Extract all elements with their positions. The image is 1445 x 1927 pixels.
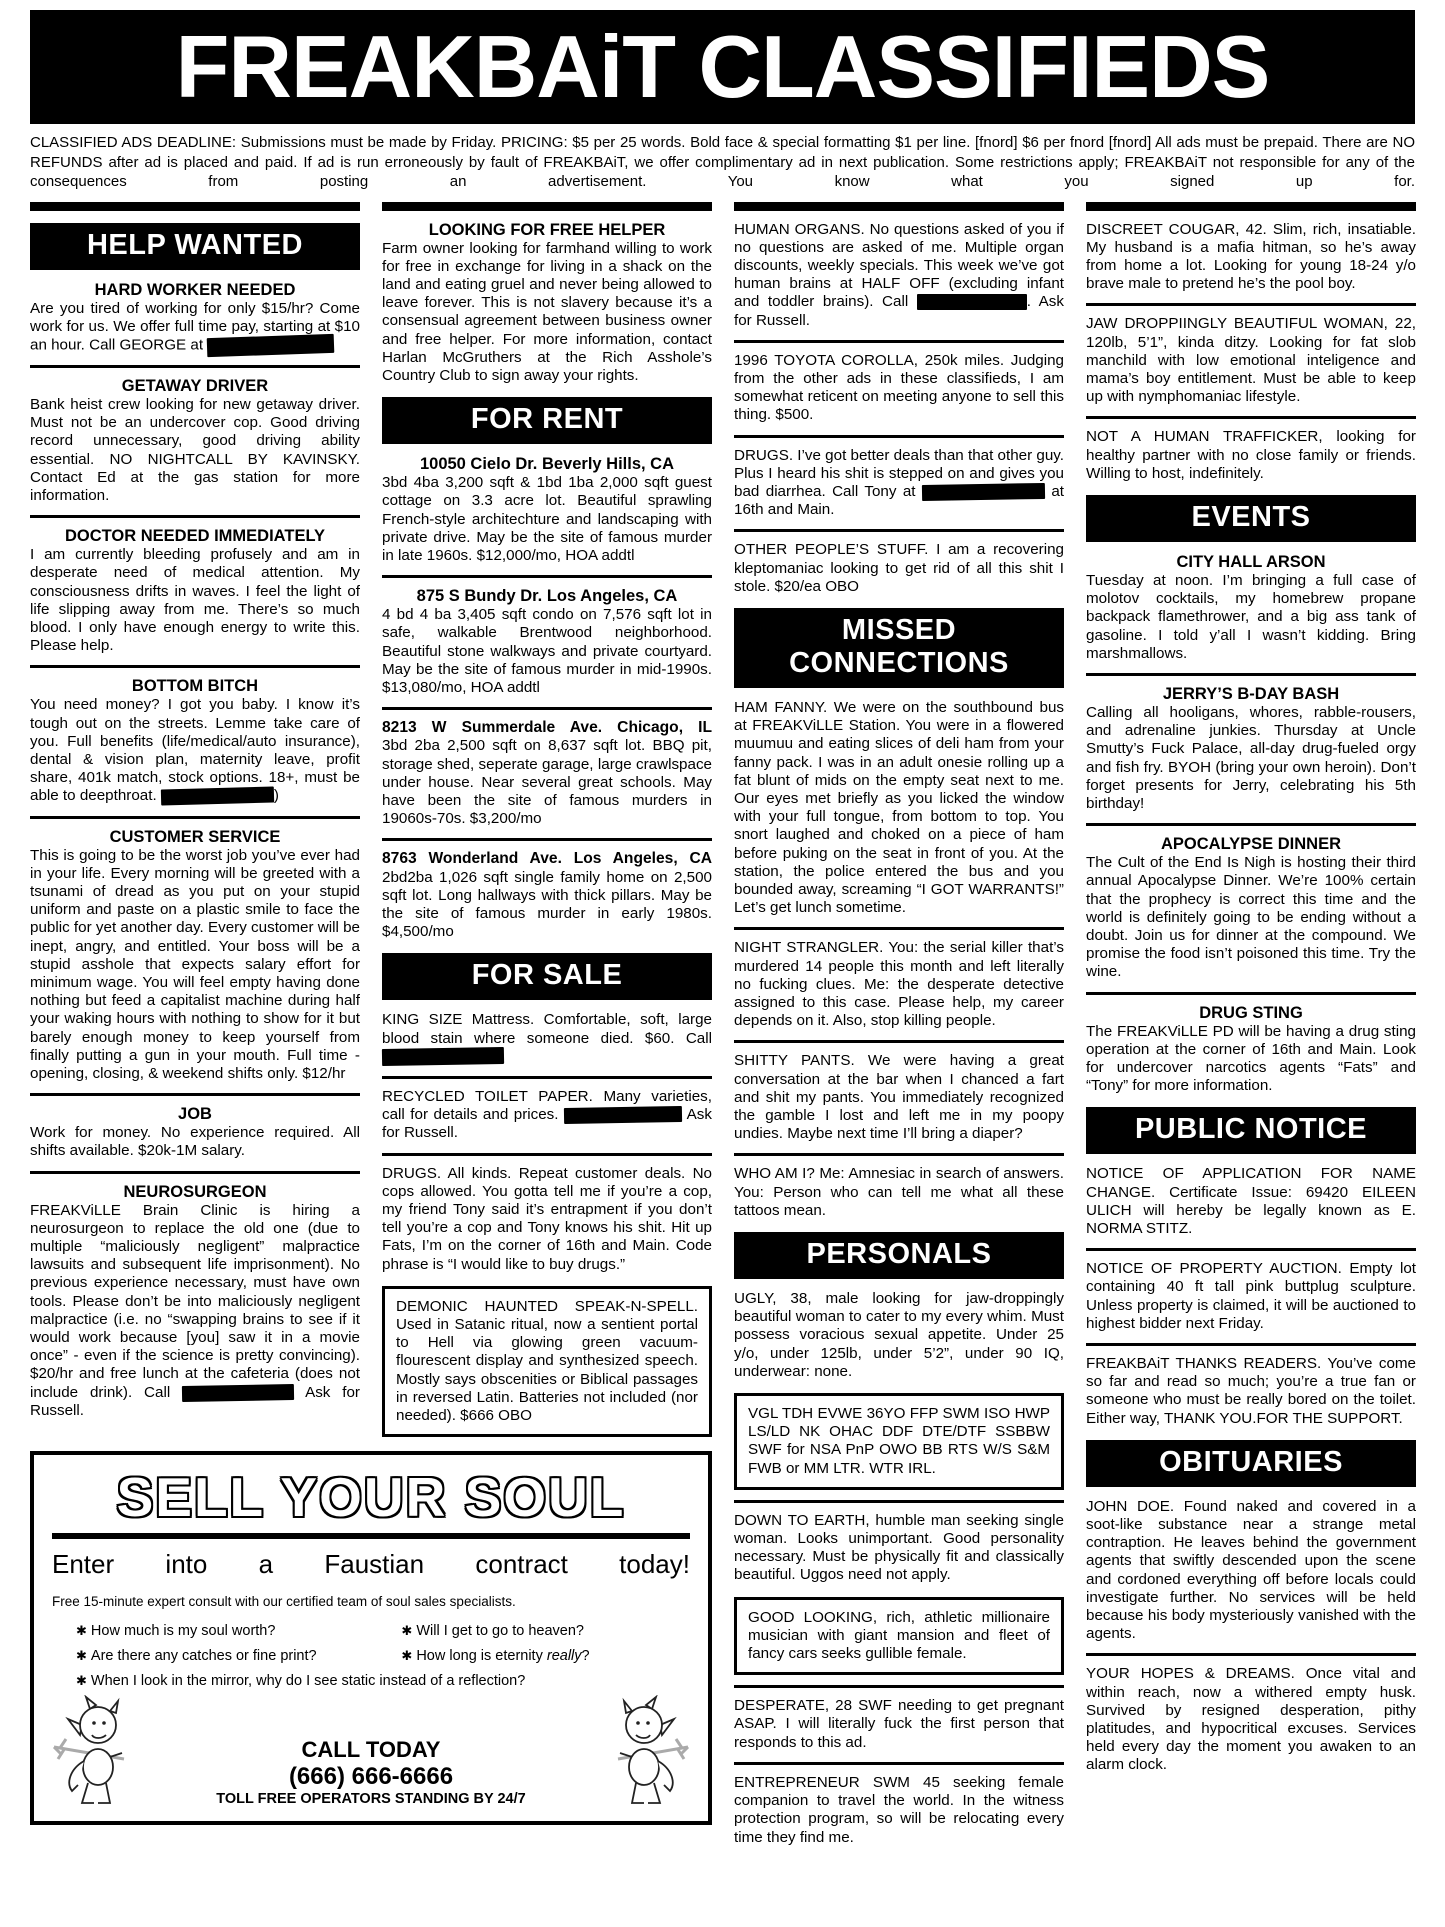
ad-body-text: 4 bd 4 ba 3,405 sqft condo on 7,576 sqft…	[382, 606, 712, 697]
redaction-bar	[917, 294, 1027, 310]
ad-body-text: FREAKViLLE Brain Clinic is hiring a neur…	[30, 1202, 360, 1420]
classified-ad: GOOD LOOKING, rich, athletic millionaire…	[734, 1597, 1064, 1676]
ad-body-text: JAW DROPPIINGLY BEAUTIFUL WOMAN, 22, 120…	[1086, 315, 1416, 406]
ad-body-text: The FREAKViLLE PD will be having a drug …	[1086, 1023, 1416, 1096]
classified-ad: JOHN DOE. Found naked and covered in a s…	[1086, 1498, 1416, 1644]
classified-ad: JAW DROPPIINGLY BEAUTIFUL WOMAN, 22, 120…	[1086, 303, 1416, 406]
ad-body-text: KING SIZE Mattress. Comfortable, soft, l…	[382, 1011, 712, 1066]
soul-ad-tagline: Enter into a Faustian contract today!	[52, 1549, 690, 1580]
column-2: LOOKING FOR FREE HELPERFarm owner lookin…	[382, 202, 712, 1438]
classified-ad: NOTICE OF APPLICATION FOR NAME CHANGE. C…	[1086, 1165, 1416, 1238]
column-1: HELP WANTEDHARD WORKER NEEDEDAre you tir…	[30, 202, 360, 1421]
ad-body-text: WHO AM I? Me: Amnesiac in search of answ…	[734, 1165, 1064, 1220]
call-today-label: CALL TODAY	[140, 1737, 602, 1763]
ad-title: LOOKING FOR FREE HELPER	[382, 221, 712, 240]
classified-ad: KING SIZE Mattress. Comfortable, soft, l…	[382, 1011, 712, 1066]
section-header-help-wanted: HELP WANTED	[30, 223, 360, 270]
devil-with-pitchfork-icon	[52, 1695, 140, 1813]
star-bullet-icon: ✱	[76, 1673, 87, 1688]
soul-ad-call-block: CALL TODAY (666) 666-6666 TOLL FREE OPER…	[140, 1737, 602, 1813]
classified-ad: DRUGS. All kinds. Repeat customer deals.…	[382, 1153, 712, 1274]
classifieds-page: FREAKBAiT CLASSIFIEDS CLASSIFIED ADS DEA…	[0, 0, 1445, 1861]
ad-body-text: HAM FANNY. We were on the southbound bus…	[734, 699, 1064, 917]
classified-ad: DISCREET COUGAR, 42. Slim, rich, insatia…	[1086, 221, 1416, 294]
section-header-missed-connections: MISSED CONNECTIONS	[734, 608, 1064, 688]
ad-title: 875 S Bundy Dr. Los Angeles, CA	[382, 587, 712, 606]
ad-body-text: The Cult of the End Is Nigh is hosting t…	[1086, 854, 1416, 981]
redaction-bar	[182, 1384, 294, 1402]
redaction-bar	[207, 334, 335, 357]
ad-body-text: NIGHT STRANGLER. You: the serial killer …	[734, 939, 1064, 1030]
classified-ad: DEMONIC HAUNTED SPEAK-N-SPELL. Used in S…	[382, 1286, 712, 1437]
classified-ad: APOCALYPSE DINNERThe Cult of the End Is …	[1086, 823, 1416, 981]
classified-ad: 875 S Bundy Dr. Los Angeles, CA4 bd 4 ba…	[382, 575, 712, 697]
classified-ad: DOCTOR NEEDED IMMEDIATELYI am currently …	[30, 515, 360, 655]
toll-free-label: TOLL FREE OPERATORS STANDING BY 24/7	[140, 1791, 602, 1807]
ad-body-text: Farm owner looking for farmhand willing …	[382, 240, 712, 386]
classified-ad: 10050 Cielo Dr. Beverly Hills, CA3bd 4ba…	[382, 455, 712, 565]
ad-body-text: Are you tired of working for only $15/hr…	[30, 300, 360, 355]
star-bullet-icon: ✱	[76, 1623, 87, 1638]
ad-body-text: NOTICE OF PROPERTY AUCTION. Empty lot co…	[1086, 1260, 1416, 1333]
classified-ad: 1996 TOYOTA COROLLA, 250k miles. Judging…	[734, 340, 1064, 425]
soul-ad-bullet: ✱Will I get to go to heaven?	[401, 1623, 690, 1639]
classified-ad: JERRY’S B-DAY BASHCalling all hooligans,…	[1086, 673, 1416, 813]
ad-body-text: This is going to be the worst job you’ve…	[30, 847, 360, 1084]
ad-body-text: DISCREET COUGAR, 42. Slim, rich, insatia…	[1086, 221, 1416, 294]
ad-body-text: GOOD LOOKING, rich, athletic millionaire…	[748, 1609, 1050, 1664]
devil-with-pitchfork-icon	[602, 1695, 690, 1813]
classified-ad: OTHER PEOPLE’S STUFF. I am a recovering …	[734, 529, 1064, 596]
classified-ad: 8213 W Summerdale Ave. Chicago, IL3bd 2b…	[382, 707, 712, 828]
column-3: HUMAN ORGANS. No questions asked of you …	[734, 202, 1064, 1847]
left-column-group: HELP WANTEDHARD WORKER NEEDEDAre you tir…	[30, 202, 712, 1826]
classified-ad: VGL TDH EVWE 36YO FFP SWM ISO HWP LS/LD …	[734, 1393, 1064, 1490]
disclaimer-text: CLASSIFIED ADS DEADLINE: Submissions mus…	[30, 133, 1415, 192]
ad-body-text: 1996 TOYOTA COROLLA, 250k miles. Judging…	[734, 352, 1064, 425]
redaction-bar	[922, 483, 1045, 501]
star-bullet-icon: ✱	[401, 1648, 412, 1663]
ad-title: JOB	[30, 1105, 360, 1124]
ad-title: 8763 Wonderland Ave. Los Angeles, CA	[382, 850, 712, 868]
ad-body-text: DRUGS. All kinds. Repeat customer deals.…	[382, 1165, 712, 1274]
ad-body-text: DESPERATE, 28 SWF needing to get pregnan…	[734, 1697, 1064, 1752]
classified-ad: FREAKBAiT THANKS READERS. You’ve come so…	[1086, 1343, 1416, 1428]
soul-ad-bullet-list: ✱How much is my soul worth?✱Will I get t…	[52, 1623, 690, 1689]
column-top-rule	[734, 202, 1064, 211]
soul-ad-divider	[52, 1533, 690, 1539]
ad-body-text: RECYCLED TOILET PAPER. Many varieties, c…	[382, 1088, 712, 1143]
ad-body-text: Calling all hooligans, whores, rabble-ro…	[1086, 704, 1416, 813]
ad-body-text: 3bd 4ba 3,200 sqft & 1bd 1ba 2,000 sqft …	[382, 474, 712, 565]
redaction-bar	[161, 787, 274, 806]
classified-ad: DRUGS. I’ve got better deals than that o…	[734, 435, 1064, 520]
ad-title: CUSTOMER SERVICE	[30, 828, 360, 847]
star-bullet-icon: ✱	[401, 1623, 412, 1638]
ad-body-text: 3bd 2ba 2,500 sqft on 8,637 sqft lot. BB…	[382, 737, 712, 828]
classified-ad: DESPERATE, 28 SWF needing to get pregnan…	[734, 1685, 1064, 1752]
ad-body-text: OTHER PEOPLE’S STUFF. I am a recovering …	[734, 541, 1064, 596]
section-header-for-sale: FOR SALE	[382, 953, 712, 1000]
ad-title: BOTTOM BITCH	[30, 677, 360, 696]
masthead: FREAKBAiT CLASSIFIEDS	[30, 10, 1415, 124]
soul-ad-bullet: ✱When I look in the mirror, why do I see…	[76, 1673, 690, 1689]
ad-title: NEUROSURGEON	[30, 1183, 360, 1202]
classified-ad: WHO AM I? Me: Amnesiac in search of answ…	[734, 1153, 1064, 1220]
soul-ad-footer: CALL TODAY (666) 666-6666 TOLL FREE OPER…	[52, 1695, 690, 1813]
columns-container: HELP WANTEDHARD WORKER NEEDEDAre you tir…	[30, 202, 1415, 1847]
ad-body-text: NOTICE OF APPLICATION FOR NAME CHANGE. C…	[1086, 1165, 1416, 1238]
classified-ad: CITY HALL ARSONTuesday at noon. I’m brin…	[1086, 553, 1416, 663]
section-header-obituaries: OBITUARIES	[1086, 1440, 1416, 1487]
ad-body-text: ENTREPRENEUR SWM 45 seeking female compa…	[734, 1774, 1064, 1847]
ad-body-text: YOUR HOPES & DREAMS. Once vital and with…	[1086, 1665, 1416, 1774]
redaction-bar	[564, 1106, 682, 1124]
ad-body-text: I am currently bleeding profusely and am…	[30, 546, 360, 655]
ad-title: JERRY’S B-DAY BASH	[1086, 685, 1416, 704]
ad-title: CITY HALL ARSON	[1086, 553, 1416, 572]
ad-title: HARD WORKER NEEDED	[30, 281, 360, 300]
section-header-personals: PERSONALS	[734, 1232, 1064, 1279]
section-header-events: EVENTS	[1086, 495, 1416, 542]
ad-body-text: SHITTY PANTS. We were having a great con…	[734, 1052, 1064, 1143]
column-top-rule	[1086, 202, 1416, 211]
classified-ad: NIGHT STRANGLER. You: the serial killer …	[734, 927, 1064, 1030]
classified-ad: NEUROSURGEONFREAKViLLE Brain Clinic is h…	[30, 1171, 360, 1420]
ad-body-text: You need money? I got you baby. I know i…	[30, 696, 360, 805]
ad-body-text: VGL TDH EVWE 36YO FFP SWM ISO HWP LS/LD …	[748, 1405, 1050, 1478]
ad-body-text: NOT A HUMAN TRAFFICKER, looking for heal…	[1086, 428, 1416, 483]
phone-number: (666) 666-6666	[140, 1763, 602, 1791]
star-bullet-icon: ✱	[76, 1648, 87, 1663]
redaction-bar	[382, 1047, 504, 1066]
ad-body-text: DRUGS. I’ve got better deals than that o…	[734, 447, 1064, 520]
ad-title: 10050 Cielo Dr. Beverly Hills, CA	[382, 455, 712, 474]
section-header-for-rent: FOR RENT	[382, 397, 712, 444]
classified-ad: ENTREPRENEUR SWM 45 seeking female compa…	[734, 1762, 1064, 1847]
soul-ad-title: SELL YOUR SOUL	[52, 1465, 690, 1529]
ad-title: APOCALYPSE DINNER	[1086, 835, 1416, 854]
classified-ad: CUSTOMER SERVICEThis is going to be the …	[30, 816, 360, 1084]
classified-ad: BOTTOM BITCHYou need money? I got you ba…	[30, 665, 360, 805]
ad-title: DOCTOR NEEDED IMMEDIATELY	[30, 527, 360, 546]
ad-body-text: Tuesday at noon. I’m bringing a full cas…	[1086, 572, 1416, 663]
ad-body-text: FREAKBAiT THANKS READERS. You’ve come so…	[1086, 1355, 1416, 1428]
classified-ad: YOUR HOPES & DREAMS. Once vital and with…	[1086, 1653, 1416, 1774]
ad-title: GETAWAY DRIVER	[30, 377, 360, 396]
ad-body-text: JOHN DOE. Found naked and covered in a s…	[1086, 1498, 1416, 1644]
classified-ad: HAM FANNY. We were on the southbound bus…	[734, 699, 1064, 917]
soul-ad-bullet: ✱Are there any catches or fine print?	[76, 1648, 401, 1664]
ad-title: DRUG STING	[1086, 1004, 1416, 1023]
classified-ad: HUMAN ORGANS. No questions asked of you …	[734, 221, 1064, 330]
soul-ad-bullet: ✱How much is my soul worth?	[76, 1623, 401, 1639]
column-top-rule	[30, 202, 360, 211]
ad-body-text: 2bd2ba 1,026 sqft single family home on …	[382, 869, 712, 942]
classified-ad: HARD WORKER NEEDEDAre you tired of worki…	[30, 281, 360, 355]
ad-title: 8213 W Summerdale Ave. Chicago, IL	[382, 719, 712, 737]
soul-ad-intro: Free 15-minute expert consult with our c…	[52, 1594, 690, 1609]
ad-body-text: UGLY, 38, male looking for jaw-droppingl…	[734, 1290, 1064, 1381]
ad-body-text: DEMONIC HAUNTED SPEAK-N-SPELL. Used in S…	[396, 1298, 698, 1425]
classified-ad: NOT A HUMAN TRAFFICKER, looking for heal…	[1086, 416, 1416, 483]
classified-ad: DOWN TO EARTH, humble man seeking single…	[734, 1500, 1064, 1585]
soul-ad-bullet: ✱How long is eternity really?	[401, 1648, 690, 1664]
ad-body-text: DOWN TO EARTH, humble man seeking single…	[734, 1512, 1064, 1585]
classified-ad: GETAWAY DRIVERBank heist crew looking fo…	[30, 365, 360, 505]
ad-body-text: Work for money. No experience required. …	[30, 1124, 360, 1160]
classified-ad: 8763 Wonderland Ave. Los Angeles, CA2bd2…	[382, 838, 712, 941]
ad-body-text: HUMAN ORGANS. No questions asked of you …	[734, 221, 1064, 330]
classified-ad: DRUG STINGThe FREAKViLLE PD will be havi…	[1086, 992, 1416, 1096]
classified-ad: RECYCLED TOILET PAPER. Many varieties, c…	[382, 1076, 712, 1143]
section-header-public-notice: PUBLIC NOTICE	[1086, 1107, 1416, 1154]
sell-your-soul-ad: SELL YOUR SOUL Enter into a Faustian con…	[30, 1451, 712, 1825]
ad-body-text: Bank heist crew looking for new getaway …	[30, 396, 360, 505]
column-top-rule	[382, 202, 712, 211]
classified-ad: LOOKING FOR FREE HELPERFarm owner lookin…	[382, 221, 712, 386]
column-4: DISCREET COUGAR, 42. Slim, rich, insatia…	[1086, 202, 1416, 1775]
masthead-title: FREAKBAiT CLASSIFIEDS	[176, 23, 1270, 111]
classified-ad: JOBWork for money. No experience require…	[30, 1093, 360, 1160]
classified-ad: UGLY, 38, male looking for jaw-droppingl…	[734, 1290, 1064, 1381]
classified-ad: NOTICE OF PROPERTY AUCTION. Empty lot co…	[1086, 1248, 1416, 1333]
classified-ad: SHITTY PANTS. We were having a great con…	[734, 1040, 1064, 1143]
